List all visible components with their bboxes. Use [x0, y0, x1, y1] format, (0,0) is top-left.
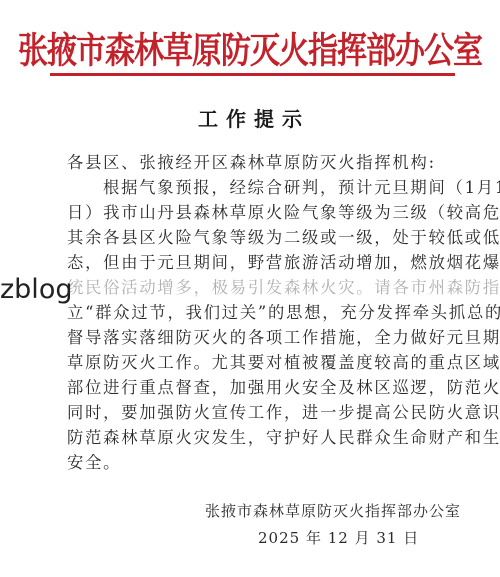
body-line: 根据气象预报，经综合研判，预计元旦期间（1月1日－3 — [67, 175, 433, 200]
body-line: 其余各县区火险气象等级为二级或一级，处于较低或低危险状 — [67, 225, 433, 250]
body-line: 态，但由于元旦期间，野营旅游活动增加，燃放烟花爆竹等传 — [67, 250, 433, 275]
signature-date: 2025 年 12 月 31 日 — [258, 527, 419, 548]
issuing-org-title: 张掖市森林草原防灭火指挥部办公室 — [0, 30, 500, 73]
body-line: 同时，要加强防火宣传工作，进一步提高公民防火意识，坚决 — [67, 400, 433, 425]
salutation-line: 各县区、张掖经开区森林草原防灭火指挥机构: — [67, 150, 433, 175]
document-title: 工作提示 — [0, 103, 500, 132]
body-line: 统民俗活动增多，极易引发森林火灾。请各市州森防指牢固树 — [67, 275, 433, 300]
body-line: 日）我市山丹县森林草原火险气象等级为三级（较高危险）， — [67, 200, 433, 225]
body-line: 立“群众过节，我们过关”的思想，充分发挥牵头抓总的作用， — [67, 300, 433, 325]
body-line: 安全。 — [67, 450, 433, 475]
body-line: 督导落实落细防灭火的各项工作措施，全力做好元旦期间森林 — [67, 325, 433, 350]
document-body: 各县区、张掖经开区森林草原防灭火指挥机构: 根据气象预报，经综合研判，预计元旦期… — [67, 150, 433, 475]
signature-organization: 张掖市森林草原防灭火指挥部办公室 — [205, 500, 461, 521]
body-line: 防范森林草原火灾发生，守护好人民群众生命财产和生态资源 — [67, 425, 433, 450]
body-line: 部位进行重点督查，加强用火安全及林区巡逻，防范火灾发生。 — [67, 375, 433, 400]
red-header-divider — [50, 73, 455, 76]
watermark-text: zblog — [0, 273, 72, 307]
body-line: 草原防灭火工作。尤其要对植被覆盖度较高的重点区域、关键 — [67, 350, 433, 375]
